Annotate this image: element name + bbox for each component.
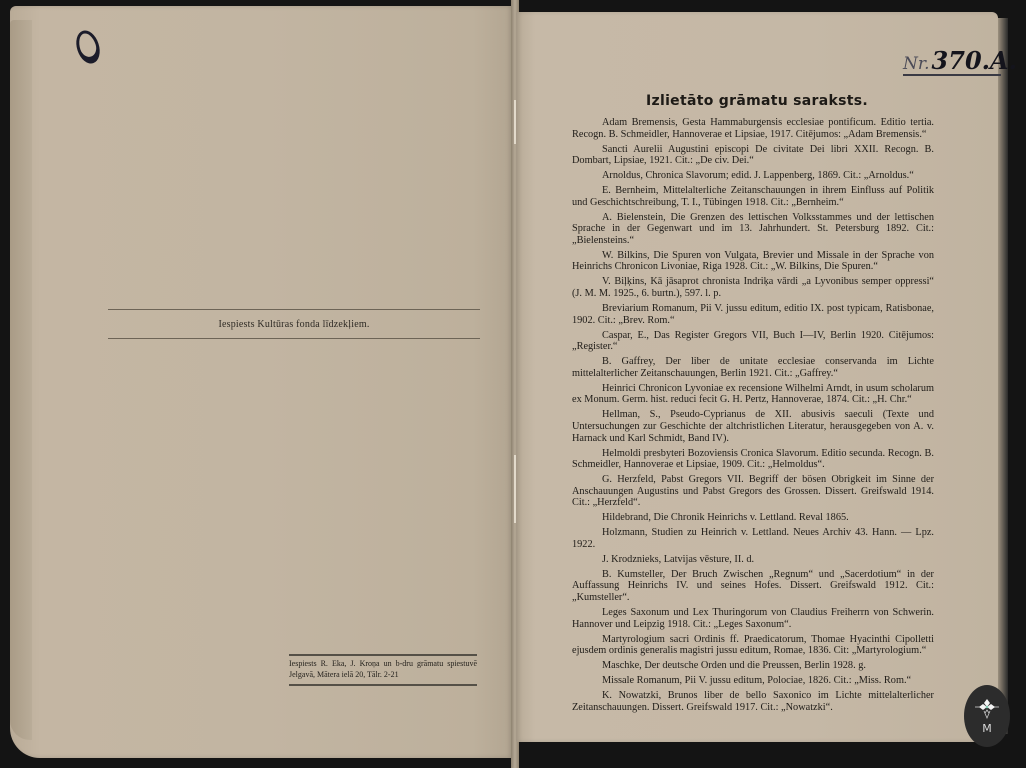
watermark-letter: M [982,723,992,734]
printer-imprint: Iespiests R. Eka, J. Kroņa un b-dru grām… [289,654,477,686]
bibliography-entry: J. Krodznieks, Latvijas vēsture, II. d. [572,554,934,566]
funding-credit-text: Iespiests Kultūras fonda līdzekļiem. [218,319,369,330]
bibliography-entry: W. Bilkins, Die Spuren von Vulgata, Brev… [572,250,934,273]
bibliography-entry: Helmoldi presbyteri Bozoviensis Cronica … [572,448,934,471]
bibliography-entry: Hildebrand, Die Chronik Heinrichs v. Let… [572,512,934,524]
bibliography-entry: Holzmann, Studien zu Heinrich v. Lettlan… [572,527,934,550]
bibliography-entry: Arnoldus, Chronica Slavorum; edid. J. La… [572,170,934,182]
bibliography-entry: Caspar, E., Das Register Gregors VII, Bu… [572,330,934,353]
left-page: Iespiests Kultūras fonda līdzekļiem. Ies… [10,6,513,758]
page-fold-edge [10,20,32,740]
bibliography-entry: Heinrici Chronicon Lyvoniae ex recension… [572,383,934,406]
bibliography-entry: Martyrologium sacri Ordinis ff. Praedica… [572,634,934,657]
bibliography-entry: A. Bielenstein, Die Grenzen des lettisch… [572,212,934,247]
bibliography-entry: Hellman, S., Pseudo-Cyprianus de XII. ab… [572,409,934,444]
page-edge-shadow [998,18,1008,734]
bibliography-entry: Adam Bremensis, Gesta Hammaburgensis ecc… [572,117,934,140]
bibliography-entry: Missale Romanum, Pii V. jussu editum, Po… [572,675,934,687]
bibliography-entry: B. Gaffrey, Der liber de unitate ecclesi… [572,356,934,379]
bibliography-list: Adam Bremensis, Gesta Hammaburgensis ecc… [572,117,934,717]
bibliography-entry: K. Nowatzki, Brunos liber de bello Saxon… [572,690,934,713]
bibliography-entry: B. Kumsteller, Der Bruch Zwischen „Regnu… [572,569,934,604]
flower-ornament-icon [974,699,1000,719]
bibliography-entry: Maschke, Der deutsche Orden und die Preu… [572,660,934,672]
catalog-number-stamp: Nr. 370.A. [903,44,1001,76]
funding-credit: Iespiests Kultūras fonda līdzekļiem. [108,309,480,339]
bibliography-entry: Breviarium Romanum, Pii V. jussu editum,… [572,303,934,326]
page-title: Izlietāto grāmatu saraksts. [516,93,998,109]
bibliography-entry: G. Herzfeld, Pabst Gregors VII. Begriff … [572,474,934,509]
bibliography-entry: E. Bernheim, Mittelalterliche Zeitanscha… [572,185,934,208]
catalog-number: 370.A. [932,48,1017,74]
bibliography-entry: Sancti Aurelii Augustini episcopi De civ… [572,144,934,167]
bibliography-entry: V. Biļķins, Kā jāsaprot chronista Indriķ… [572,276,934,299]
catalog-number-prefix: Nr. [903,54,930,74]
bibliography-entry: Leges Saxonum und Lex Thuringorum von Cl… [572,607,934,630]
watermark-badge: M [964,685,1010,747]
ink-mark [72,27,103,66]
